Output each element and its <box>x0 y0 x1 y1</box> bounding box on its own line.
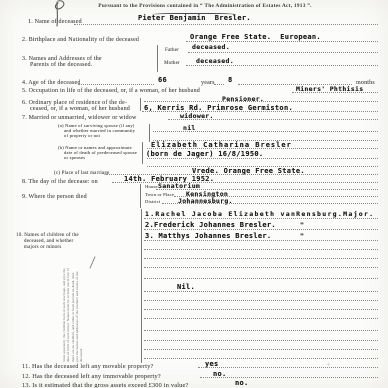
father-label: Father <box>165 48 179 53</box>
blank-line <box>144 309 378 310</box>
q7-label: 7. Married or unmarried, widower or wido… <box>22 115 137 121</box>
q4-line-1 <box>78 84 154 85</box>
mother-value: deceased. <box>196 58 234 65</box>
child-ditto-2: " <box>300 222 304 229</box>
blank-line <box>144 278 378 279</box>
blank-line <box>144 318 378 319</box>
q5-label: 5. Occupation in life of the deceased, o… <box>22 88 200 94</box>
blank-line <box>144 330 378 331</box>
blank-line <box>144 249 378 250</box>
q6-brace <box>140 98 141 111</box>
q2-line <box>186 41 378 42</box>
q9-town-label: Town or Place <box>145 193 174 198</box>
blank-line <box>144 358 378 359</box>
q10-label-1: 10. Names of children of the <box>16 233 79 238</box>
margin-note: State separately the children born of ea… <box>62 268 84 362</box>
father-value: deceased. <box>192 44 230 51</box>
q12-line <box>200 377 378 378</box>
q5-line <box>292 92 378 93</box>
blank-line <box>144 300 378 301</box>
q4-years-label: years <box>201 80 215 86</box>
pen-mark-slash <box>89 256 95 268</box>
q13-value: no. <box>235 380 249 387</box>
blank-line <box>144 258 378 259</box>
father-line <box>188 52 378 53</box>
q11-line <box>198 367 378 368</box>
q7-line <box>168 119 378 120</box>
q11-label: 11. Has the deceased left any movable pr… <box>22 364 154 370</box>
blank-line <box>144 267 378 268</box>
q7b-line-2 <box>147 158 378 159</box>
q7b-line-1 <box>147 148 378 149</box>
q2-label: 2. Birthplace and Nationality of the dec… <box>22 37 139 43</box>
q7b-value-2: (born de Jager) 16/8/1950. <box>146 151 263 158</box>
q8-label: 8. The day of the decease: on <box>22 179 98 185</box>
mother-label: Mother <box>164 61 180 66</box>
q6-line <box>142 111 378 112</box>
child-row-3: 3. Matthys Johannes Bresler. <box>145 233 271 240</box>
q1-line <box>74 24 378 25</box>
q6-label-2: ceased, or, if a woman, of her husband <box>30 106 130 112</box>
q7c-label: (c) Place of last marriage <box>54 171 109 176</box>
q2-value: Orange Free State. European. <box>190 34 321 41</box>
q3-brace <box>157 45 158 72</box>
mother-line <box>186 65 378 66</box>
child-line-2 <box>144 229 378 230</box>
child-ditto-3: " <box>300 233 304 240</box>
q7a-line-1 <box>153 131 378 132</box>
q5-line-2 <box>144 101 378 102</box>
q4-label: 4. Age of the deceased <box>22 80 81 86</box>
q7b-brace <box>142 142 143 164</box>
q12-label: 12. Has the deceased left any immovable … <box>22 374 161 380</box>
q9-district-line <box>162 203 378 204</box>
blank-line <box>144 340 378 341</box>
page-title: Pursuant to the Provisions contained in … <box>40 3 370 9</box>
child-row-1: 1.Rachel Jacoba Elizabeth vanRensburg.Ma… <box>145 211 374 218</box>
q10-nil-value: Nil. <box>177 284 195 291</box>
margin-note-box: State separately the children born of ea… <box>84 268 106 362</box>
death-notice-document: Pursuant to the Provisions contained in … <box>0 0 388 388</box>
children-brace <box>141 209 142 363</box>
q8-line <box>112 182 378 183</box>
child-line-1 <box>144 218 378 219</box>
child-line-3 <box>144 240 378 241</box>
child-row-2: 2.Frederick Johannes Bresler. <box>145 222 276 229</box>
q4-months-value: 8 <box>228 77 233 84</box>
blank-line <box>144 349 378 350</box>
q3-label-2: Parents of the deceased. <box>30 62 92 68</box>
q9-brace <box>140 184 141 208</box>
q9-label: 9. Where the person died <box>22 194 87 200</box>
q4-years-value: 66 <box>158 77 167 84</box>
q7a-brace <box>149 124 150 142</box>
q4-line-2 <box>214 84 224 85</box>
q13-label: 13. Is it estimated that the gross asset… <box>22 383 188 388</box>
blank-line <box>144 291 378 292</box>
q10-label-2: deceased, and whether <box>24 239 73 244</box>
q9-district-label: District <box>145 200 160 205</box>
q7b-label-3: or spouses <box>64 156 85 161</box>
q1-value: Pieter Benjamin Bresler. <box>138 15 251 22</box>
q10-label-3: majors or minors <box>24 245 61 250</box>
q7a-label-3: of property or not <box>64 134 100 139</box>
